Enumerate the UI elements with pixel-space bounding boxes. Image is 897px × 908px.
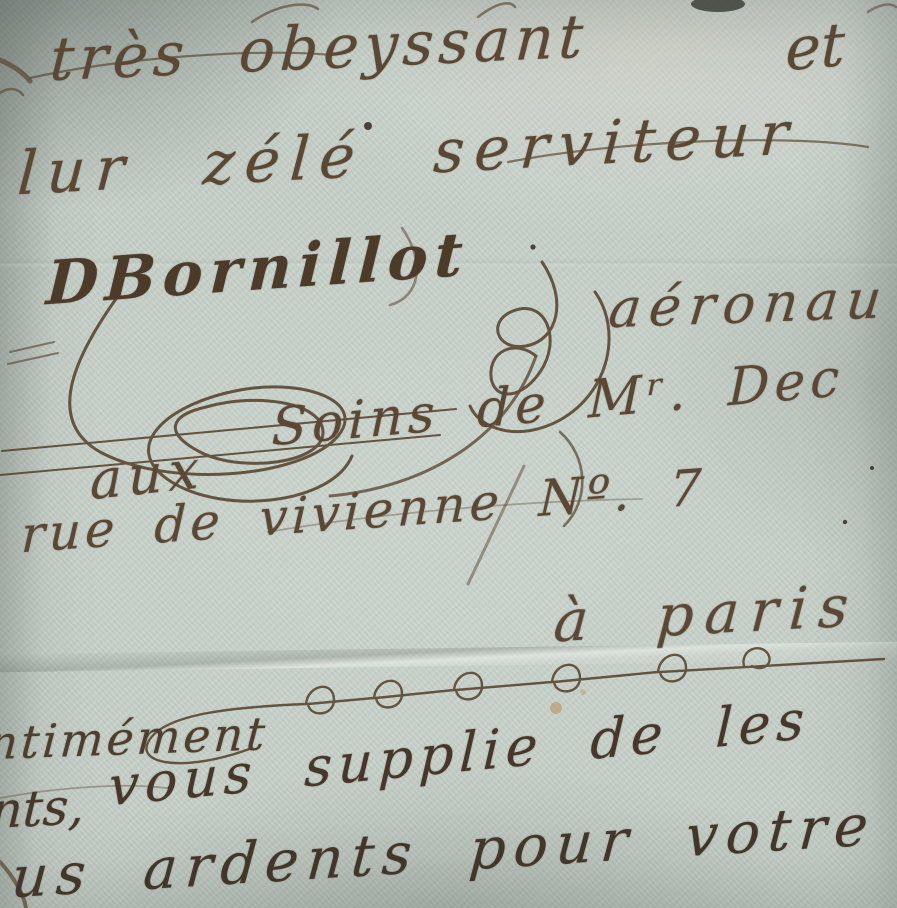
care-of-line: Soins de Mʳ. Dec (271, 352, 845, 454)
horizontal-fold-crease (0, 642, 897, 673)
closing-line-1-end: et (785, 15, 845, 81)
closing-line-2: lur zélé serviteur (16, 103, 801, 204)
closing-line-1: très obeyssant (48, 7, 589, 91)
address-city: à paris (552, 576, 861, 650)
signature: DBornillot (45, 224, 471, 314)
bottom-fragment-2-start: nts, (0, 781, 86, 836)
manuscript-letter-photo: très obeyssant et lur zélé serviteur DBo… (0, 0, 897, 908)
corner-ink-blot (691, 0, 745, 12)
paper-stain-small (580, 689, 586, 695)
signature-title: aéronau (606, 272, 892, 336)
